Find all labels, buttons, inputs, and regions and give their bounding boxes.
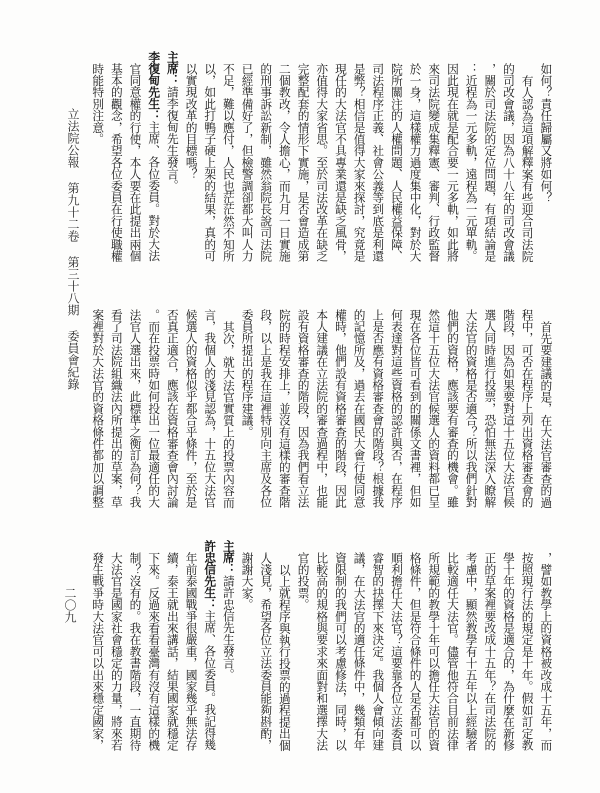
text-column: 謝謝大家。 bbox=[238, 552, 257, 752]
speech-text: 主席、各位委員。我記得幾 bbox=[203, 611, 217, 751]
text-column: 本人建議在立法院的審查過程中，也能 bbox=[313, 309, 332, 509]
text-column: 下來。反過來看看臺灣有沒有這樣的機 bbox=[145, 552, 164, 752]
text-column: 法官人選出來，此標準之衡訂為何？我 bbox=[126, 309, 145, 509]
text-column: 二個教改，令人擔心，而九月一日實施 bbox=[275, 63, 294, 263]
speech-text: 請許忠信先生發言。 bbox=[222, 575, 236, 680]
speaker-column: 李復甸先生：主席、各位委員。對於大法 bbox=[145, 51, 164, 251]
text-column: 看了司法院組織法內所提出的草案，草 bbox=[107, 309, 126, 509]
speaker-column: 許忠信先生：主席、各位委員。我記得幾 bbox=[201, 540, 220, 740]
text-column: 案裡對於大法官的資格條件都加以調整 bbox=[89, 309, 108, 509]
text-column: 他們的資格，應該要有審查的機會。雖 bbox=[443, 309, 462, 509]
text-column: 的刑事訴訟新制，雖然翁院長說司法院 bbox=[257, 63, 276, 263]
text-column: 年前泰國戰爭很嚴重，國家幾乎無法存 bbox=[182, 552, 201, 752]
text-column: 比較適任大法官。儘管他符合目前法律 bbox=[443, 552, 462, 752]
text-column: 現任的大法官不具專業還是缺乏風骨， bbox=[331, 63, 350, 263]
running-header: 立法院公報第九十二卷第三十八期委員會紀錄 bbox=[67, 108, 79, 390]
text-column: ，譬如教學上的資格被改成十五年，而 bbox=[537, 552, 556, 752]
text-column: 何表達對這些資格的認許與否，在程序 bbox=[387, 309, 406, 509]
text-column: 然這十五位大法官候選人的資料都已呈 bbox=[425, 309, 444, 509]
text-column: 是弊？相信是值得大家來探討，究竟是 bbox=[350, 63, 369, 263]
speech-text: 主席、各位委員。對於大法 bbox=[147, 122, 161, 262]
page-number: 二〇九 bbox=[64, 587, 76, 623]
text-column: 首先要建議的是，在大法官審查的過 bbox=[537, 309, 556, 509]
text-column: 格條件，但是符合條件的人是否都可以 bbox=[406, 552, 425, 752]
text-column: 以實現改革的目標嗎？ bbox=[182, 63, 201, 263]
text-column: 官同意權的行使，本人要在此提出兩個 bbox=[126, 63, 145, 263]
text-column: 官的投票。 bbox=[294, 552, 313, 752]
text-column: 制？沒有的。我在教書階段，一直期待 bbox=[126, 552, 145, 752]
gazette-page: 立法院公報第九十二卷第三十八期委員會紀錄 二〇九 如何？責任歸屬又將如何？ 有人… bbox=[0, 0, 600, 793]
section-label: 委員會紀錄 bbox=[66, 330, 80, 390]
text-column: 完整配套的情形下實施，是否會造成第 bbox=[294, 63, 313, 263]
text-column: 已經準備好了，但檢警調卻都大叫人力 bbox=[238, 63, 257, 263]
speaker-column: 主席：請李復甸先生發言。 bbox=[163, 51, 182, 251]
text-column: 委員所提出的程序建議。 bbox=[238, 309, 257, 509]
text-column: 亦值得大家省思。至於司法改革在缺乏 bbox=[313, 63, 332, 263]
text-column: 的司改會議，因為八十八年的司改會議 bbox=[499, 63, 518, 263]
text-column: 言，我個人的淺見認為，十五位大法官 bbox=[201, 309, 220, 509]
speech-text: 請李復甸先生發言。 bbox=[166, 86, 180, 191]
text-column: 時能特別注意。 bbox=[89, 63, 108, 263]
text-column: ，關於司法院的定位問題，有項結論是 bbox=[481, 63, 500, 263]
text-column: 發生戰爭時大法官可以出來穩定國家， bbox=[89, 552, 108, 752]
issue-label: 第三十八期 bbox=[66, 256, 80, 316]
speaker-name: 主席： bbox=[166, 51, 180, 86]
text-column: 因此現在就是配合要一元多軌，如此將 bbox=[443, 63, 462, 263]
text-column: 程中，可否在程序上列出資格審查會的 bbox=[518, 309, 537, 509]
text-column: 大法官的資格是否適合？所以我們針對 bbox=[462, 309, 481, 509]
text-column: 院的時程安排上，並沒有這樣的審查階 bbox=[275, 309, 294, 509]
text-column: 階段，因為如果要對這十五位大法官候 bbox=[499, 309, 518, 509]
text-column: 所規範的教學十年可以擔任大法官的資 bbox=[425, 552, 444, 752]
text-column: 如何？責任歸屬又將如何？ bbox=[537, 63, 556, 263]
text-column: ：近程為一元多軌，遠程為一元單軌。 bbox=[462, 63, 481, 263]
text-column: 否真正適合，應該在資格審查會內討論 bbox=[163, 309, 182, 509]
text-column: 現在各位皆可看到的關係文書裡，但如 bbox=[406, 309, 425, 509]
text-column: 段，以上是我在這裡特別向主席及各位 bbox=[257, 309, 276, 509]
text-column: 順利擔任大法官？這要靠各位立法委員 bbox=[387, 552, 406, 752]
speaker-name: 主席： bbox=[222, 540, 236, 575]
text-column: 其次，就大法官實質上的投票內容而 bbox=[219, 309, 238, 509]
text-column: 睿智的抉擇下來決定。我個人會傾向建 bbox=[369, 552, 388, 752]
text-column: 院所關注的人權問題、人民權益保障、 bbox=[387, 63, 406, 263]
text-column: 人淺見，希望各位立法委員能夠斟酌， bbox=[257, 552, 276, 752]
text-column: 選人同時進行投票，恐怕無法深入瞭解 bbox=[481, 309, 500, 509]
text-column: 大法官是國家社會穩定的力量，將來若 bbox=[107, 552, 126, 752]
text-column: 來司法院變成集釋憲、審判、行政監督 bbox=[425, 63, 444, 263]
text-column: 權時，他們設有資格審查的階段，因此 bbox=[331, 309, 350, 509]
text-column: 資限制的我們可以考慮修法，同時，以 bbox=[331, 552, 350, 752]
text-column: 設有資格審查的階段，因為我們看立法 bbox=[294, 309, 313, 509]
text-tier-3: ，譬如教學上的資格被改成十五年，而 按照現行法的規定是十年。假如訂定教 學十年的… bbox=[89, 552, 556, 752]
speaker-column: 主席：請許忠信先生發言。 bbox=[219, 540, 238, 740]
text-column: 按照現行法的規定是十年。假如訂定教 bbox=[518, 552, 537, 752]
text-column: 以上就程序與執行投票的過程提出個 bbox=[275, 552, 294, 752]
speaker-name: 李復甸先生： bbox=[147, 51, 161, 121]
publication-title: 立法院公報 bbox=[66, 108, 80, 168]
text-tier-2: 首先要建議的是，在大法官審查的過 程中，可否在程序上列出資格審查會的 階段，因為… bbox=[89, 309, 556, 509]
speaker-name: 許忠信先生： bbox=[203, 540, 217, 610]
text-column: 上是否應有資格審查會的階段？根據我 bbox=[369, 309, 388, 509]
text-column: 議，在大法官的適任條件中，幾類有年 bbox=[350, 552, 369, 752]
text-column: 。而在投票時如何投出一位最適任的大 bbox=[145, 309, 164, 509]
text-column: 的記憶所及，過去在國民大會行使同意 bbox=[350, 309, 369, 509]
text-column: 考慮中，顯然教學有十五年以上經驗者 bbox=[462, 552, 481, 752]
text-column: 司法程序正義、社會公義等到底是利還 bbox=[369, 63, 388, 263]
text-column: 候選人的資格似乎都合乎條件，至於是 bbox=[182, 309, 201, 509]
text-column: 不足，難以應付，人民也茫茫然不知所 bbox=[219, 63, 238, 263]
text-column: 比較高的規格與要求來面對和選擇大法 bbox=[313, 552, 332, 752]
text-column: 續，泰王就出來講話，結果國家就穩定 bbox=[163, 552, 182, 752]
text-column: 以，如此打鴨子硬上架的結果，真的可 bbox=[201, 63, 220, 263]
volume-label: 第九十二卷 bbox=[66, 182, 80, 242]
text-column: 學十年的資格是適合的，為什麼在新修 bbox=[499, 552, 518, 752]
text-column: 有人認為這項解釋案有些迎合司法院 bbox=[518, 63, 537, 263]
text-column: 正的草案裡要改成十五年？在司法院的 bbox=[481, 552, 500, 752]
text-column: 於一身，這樣權力過度集中化，對於大 bbox=[406, 63, 425, 263]
text-tier-1: 如何？責任歸屬又將如何？ 有人認為這項解釋案有些迎合司法院 的司改會議，因為八十… bbox=[89, 63, 556, 263]
text-column: 基本的觀念，希望各位委員在行使職權 bbox=[107, 63, 126, 263]
